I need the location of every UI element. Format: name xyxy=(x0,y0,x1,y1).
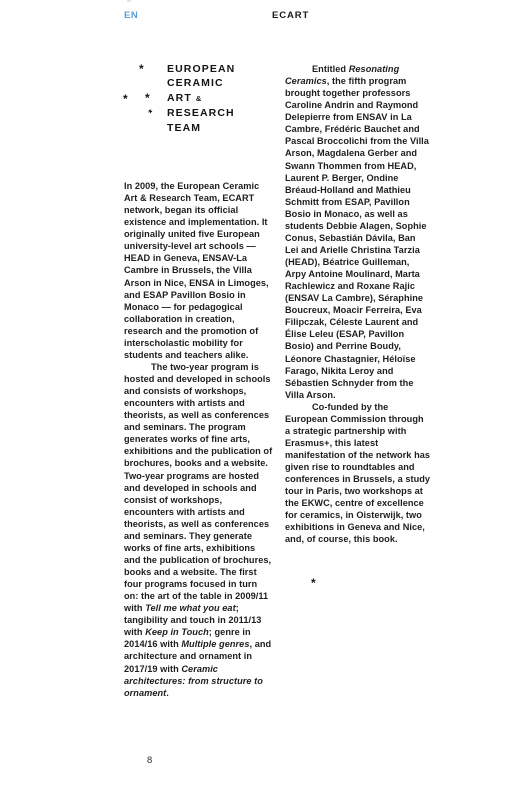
paragraph: Co-funded by the European Commission thr… xyxy=(285,401,431,546)
logo-line: EUROPEAN xyxy=(167,62,235,76)
language-indicator[interactable]: EN xyxy=(124,10,138,21)
page-header-title: ECART xyxy=(272,10,309,21)
paragraph: In 2009, the European Ceramic Art & Rese… xyxy=(124,180,274,361)
paragraph: Entitled Resonating Ceramics, the fifth … xyxy=(285,63,431,401)
text-run: In 2009, the European Ceramic Art & Rese… xyxy=(124,181,269,360)
text-run: CERAMIC xyxy=(167,77,224,89)
logo-line: CERAMIC xyxy=(167,76,235,90)
ecart-logo: EUROPEANCERAMICART &RESEARCHTEAM xyxy=(167,62,235,135)
right-text-column: Entitled Resonating Ceramics, the fifth … xyxy=(285,63,431,546)
logo-line: RESEARCH xyxy=(167,106,235,120)
text-run: Entitled xyxy=(312,64,349,74)
text-run: The two-year program is hosted and devel… xyxy=(124,362,272,613)
text-run: Multiple genres xyxy=(181,639,249,649)
text-run: EUROPEAN xyxy=(167,63,235,75)
asterisk-icon: * xyxy=(139,64,144,74)
text-run: , the fifth program brought together pro… xyxy=(285,76,429,400)
asterisk-icon: * xyxy=(145,109,153,120)
text-run: TEAM xyxy=(167,122,201,134)
page-number: 8 xyxy=(147,755,152,766)
left-text-column: In 2009, the European Ceramic Art & Rese… xyxy=(124,180,274,699)
text-run: & xyxy=(196,94,202,103)
text-run: Keep in Touch xyxy=(145,627,209,637)
footnote-asterisk-icon: * xyxy=(311,576,316,590)
document-page: * EN ECART * * * * EUROPEANCERAMICART &R… xyxy=(0,0,525,800)
paragraph: The two-year program is hosted and devel… xyxy=(124,361,274,699)
text-run: ART xyxy=(167,92,196,104)
text-run: . xyxy=(166,688,169,698)
logo-line: TEAM xyxy=(167,121,235,135)
text-run: RESEARCH xyxy=(167,107,235,119)
asterisk-icon: * xyxy=(123,94,128,104)
logo-line: ART & xyxy=(167,91,235,106)
text-run: Tell me what you eat xyxy=(145,603,236,613)
text-run: Co-funded by the European Commission thr… xyxy=(285,402,430,545)
asterisk-icon: * xyxy=(145,93,150,103)
